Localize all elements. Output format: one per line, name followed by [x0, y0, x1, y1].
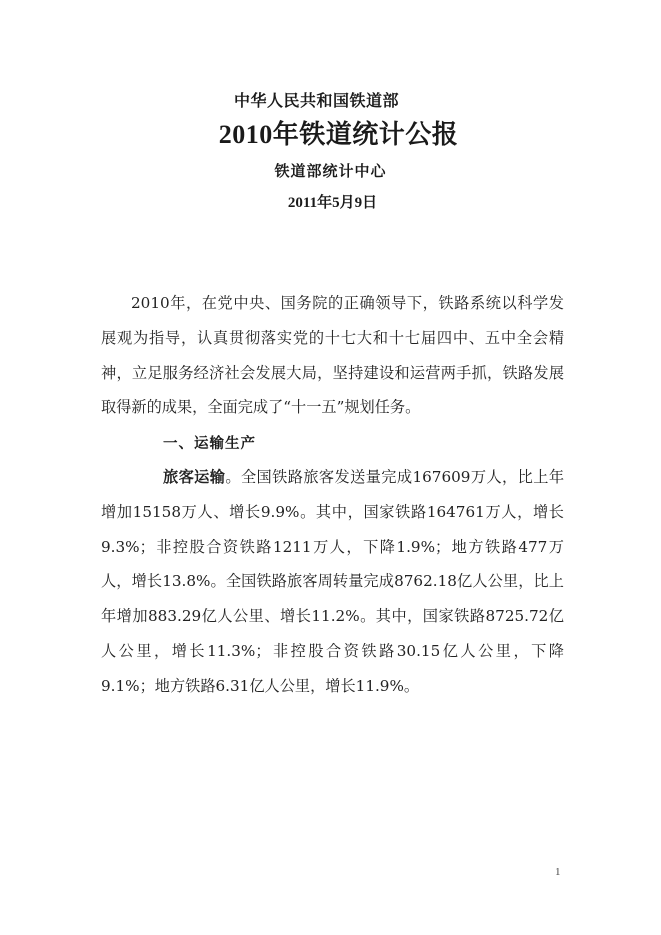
section-heading: 一、运输生产 — [163, 432, 256, 453]
document-page: 中华人民共和国铁道部 2010年铁道统计公报 铁道部统计中心 2011年5月9日… — [0, 0, 661, 935]
publication-date: 2011年5月9日 — [2, 191, 661, 212]
page-number: 1 — [555, 866, 561, 878]
passenger-transport-paragraph: 旅客运输。全国铁路旅客发送量完成167609万人，比上年增加15158万人、增长… — [101, 460, 564, 704]
organization-name: 中华人民共和国铁道部 — [0, 88, 647, 111]
document-title: 2010年铁道统计公报 — [8, 114, 661, 151]
paragraph-body: 。全国铁路旅客发送量完成167609万人，比上年增加15158万人、增长9.9%… — [101, 468, 564, 695]
issuer-name: 铁道部统计中心 — [0, 160, 661, 181]
paragraph-lead: 旅客运输 — [163, 468, 225, 486]
intro-paragraph: 2010年，在党中央、国务院的正确领导下，铁路系统以科学发展观为指导，认真贯彻落… — [101, 286, 564, 425]
